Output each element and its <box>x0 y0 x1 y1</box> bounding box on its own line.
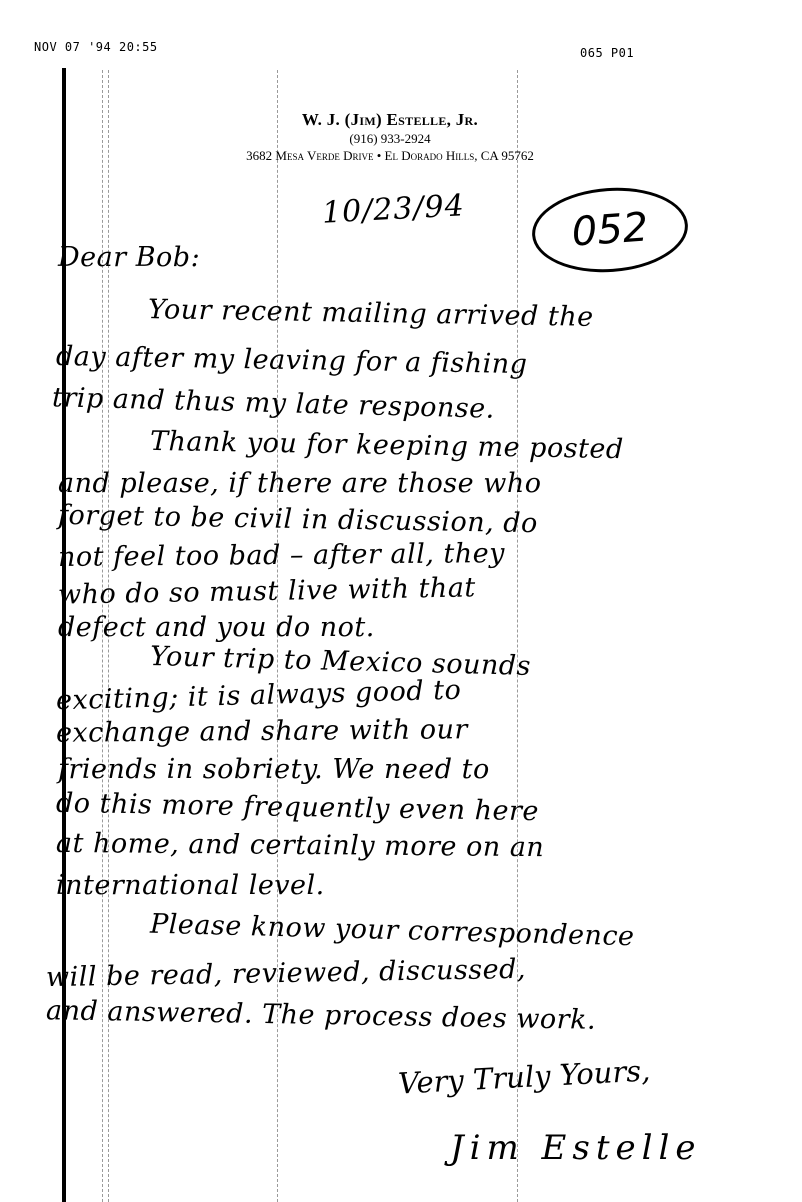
body-line: defect and you do not. <box>58 612 375 643</box>
body-line: Please know your correspondence <box>150 909 635 953</box>
body-line: do this more frequently even here <box>56 788 539 827</box>
letter-date: 10/23/94 <box>321 188 465 230</box>
closing: Very Truly Yours, <box>397 1053 651 1100</box>
fax-timestamp: NOV 07 '94 20:55 <box>34 40 158 54</box>
body-line: friends in sobriety. We need to <box>58 754 490 785</box>
body-line: not feel too bad – after all, they <box>58 538 505 573</box>
body-line: and please, if there are those who <box>58 468 541 499</box>
signature: Jim Estelle <box>450 1128 701 1168</box>
body-line: and answered. The process does work. <box>46 995 597 1036</box>
stamp-number: 052 <box>570 204 649 255</box>
body-line: Your recent mailing arrived the <box>148 294 594 333</box>
body-line: international level. <box>56 870 325 901</box>
letterhead-name: W. J. (Jim) Estelle, Jr. <box>180 110 600 130</box>
body-line: day after my leaving for a fishing <box>56 341 528 380</box>
body-line: trip and thus my late response. <box>52 382 496 425</box>
fax-page-code: 065 P01 <box>580 46 634 60</box>
body-line: forget to be civil in discussion, do <box>58 500 538 539</box>
body-line: Thank you for keeping me posted <box>150 426 624 465</box>
letterhead-address: 3682 Mesa Verde Drive • El Dorado Hills,… <box>180 148 600 164</box>
body-line: who do so must live with that <box>58 572 476 610</box>
salutation: Dear Bob: <box>58 242 200 273</box>
body-line: at home, and certainly more on an <box>56 828 545 863</box>
document-stamp: 052 <box>529 183 690 278</box>
body-line: exciting; it is always good to <box>56 675 462 717</box>
body-line: Your trip to Mexico sounds <box>150 641 532 682</box>
body-line: will be read, reviewed, discussed, <box>46 954 526 993</box>
letterhead: W. J. (Jim) Estelle, Jr. (916) 933-2924 … <box>180 110 600 164</box>
body-line: exchange and share with our <box>56 714 468 749</box>
letterhead-phone: (916) 933-2924 <box>180 131 600 147</box>
